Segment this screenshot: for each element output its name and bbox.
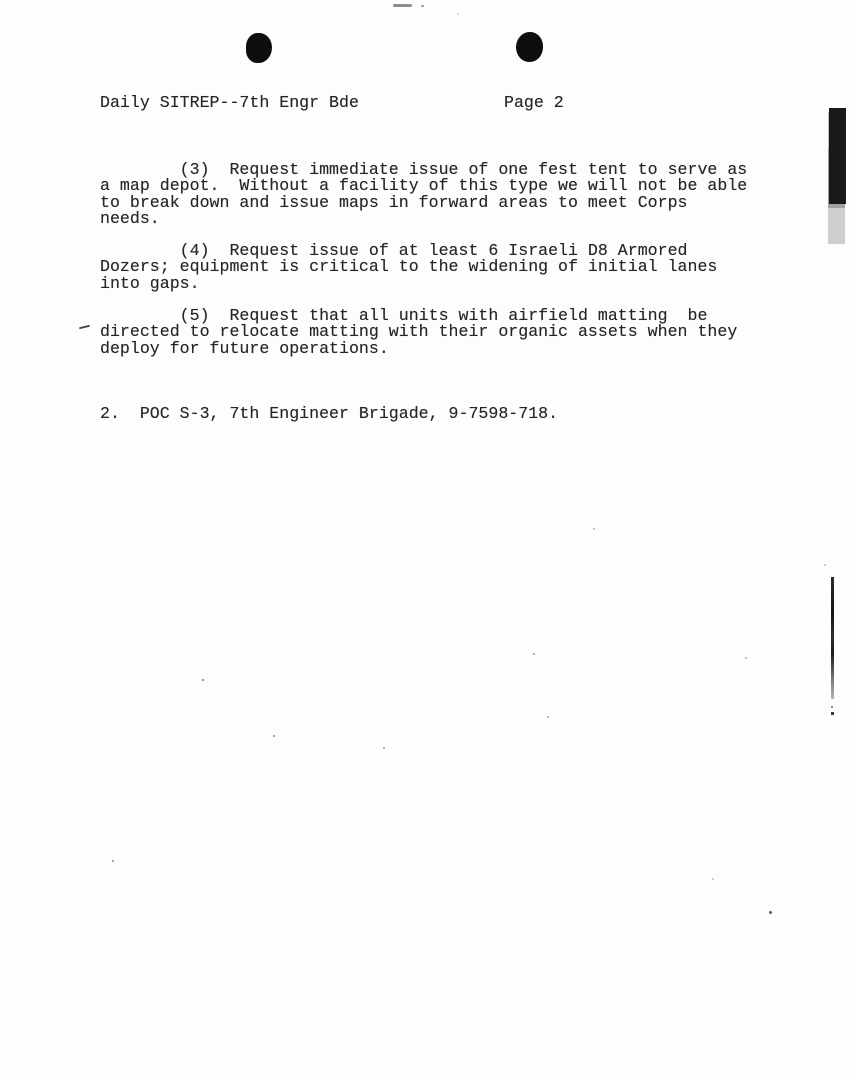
scan-speck [593, 528, 595, 530]
scanner-edge-bar [829, 108, 846, 204]
paragraph-4-dozers-request: (4) Request issue of at least 6 Israeli … [100, 243, 717, 292]
scan-speck [383, 747, 385, 749]
scan-speck [831, 712, 834, 715]
scan-smudge-dot [421, 5, 424, 7]
hole-punch-dot-right [516, 32, 543, 62]
paragraph-5-matting-request: (5) Request that all units with airfield… [100, 308, 737, 357]
scanner-edge-line [831, 577, 834, 699]
scan-speck [824, 564, 826, 566]
scan-speck [112, 860, 114, 862]
scan-smudge-dash [393, 4, 412, 7]
scan-speck [831, 706, 833, 708]
scan-speck [273, 735, 275, 737]
scan-speck [547, 716, 549, 718]
paragraph-3-fest-tent-request: (3) Request immediate issue of one fest … [100, 162, 747, 228]
document-title: Daily SITREP--7th Engr Bde [100, 95, 359, 111]
scan-speck [202, 679, 204, 681]
scan-speck [712, 878, 714, 880]
hole-punch-dot-left [246, 33, 272, 63]
scanned-document-page: Daily SITREP--7th Engr Bde Page 2 (3) Re… [0, 0, 850, 1079]
page-number: Page 2 [504, 95, 564, 111]
margin-tick-mark [79, 325, 90, 330]
scan-speck [769, 911, 772, 914]
scan-speck [745, 657, 747, 659]
scan-speck [457, 13, 459, 15]
scan-speck [533, 653, 535, 655]
poc-line: 2. POC S-3, 7th Engineer Brigade, 9-7598… [100, 406, 558, 422]
